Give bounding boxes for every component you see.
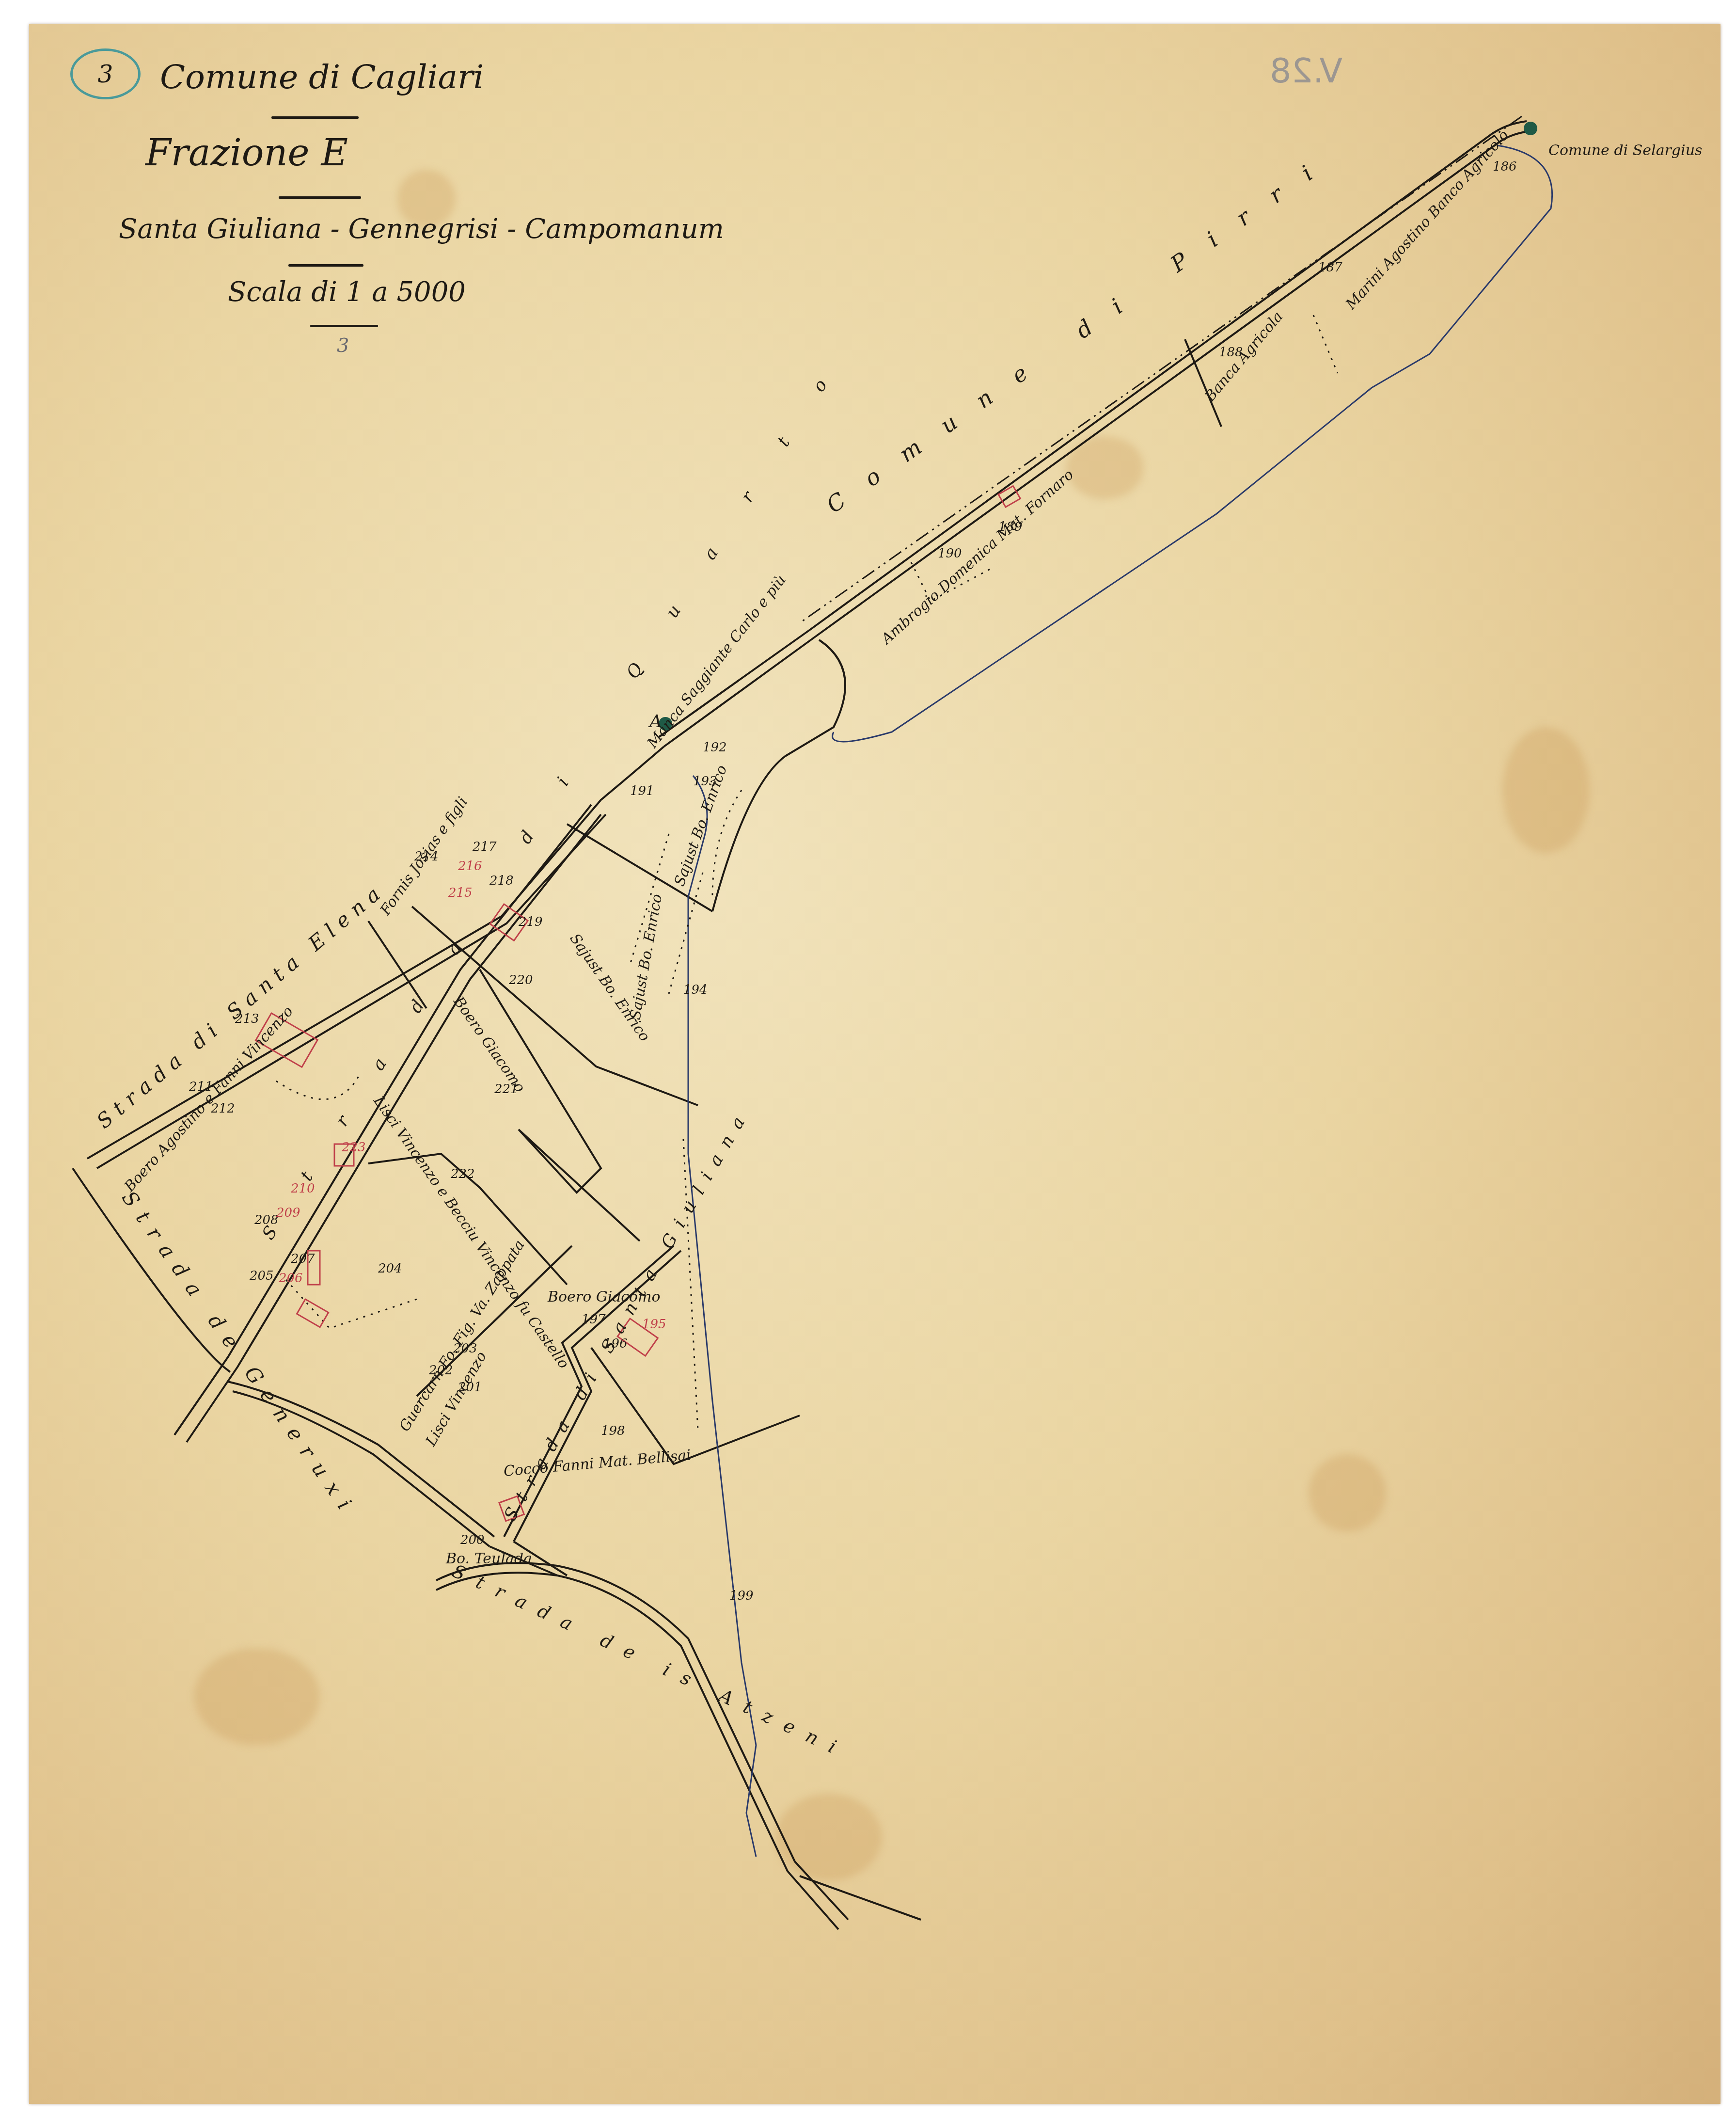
cadastral-map: A Comune di Selargius Comune di Pirri St… [0,0,1736,2116]
road-atzeni-b [436,1573,838,1929]
owner-label: Boero Giacomo [450,993,529,1096]
parcel-number: 195 [642,1317,666,1332]
parcel-number: 204 [378,1261,402,1276]
parcel-boundary-196 [591,1348,800,1464]
parcel-number: 196 [603,1336,628,1351]
dotted-line-207 [286,1280,417,1328]
parcel-number: 194 [683,983,708,997]
owner-label: Manca Saggiante Carlo e più [644,572,789,751]
comune-boundary [800,116,1522,623]
label-comune-selargius: Comune di Selargius [1548,142,1702,159]
parcel-number: 218 [489,874,514,888]
dotted-line-212 [276,1076,359,1099]
parcel-number: 217 [472,840,497,854]
owner-label: Sajust Bo. Enrico [627,893,665,1021]
parcel-number: 216 [458,859,482,874]
parcel-number: 191 [630,784,654,798]
road-generuxi-upper [73,1168,230,1372]
owner-label: Cocco Fanni Mat. Bellisai [503,1447,692,1480]
parcel-number: 219 [518,915,543,929]
survey-marker-icon [1524,122,1537,135]
parcel-number: 207 [290,1252,315,1266]
owner-label: Banca Agricola [1201,308,1287,405]
owner-label: Bo. Teulada [445,1550,532,1567]
parcel-number: 220 [508,973,533,987]
parcel-number: 187 [1318,260,1342,275]
parcel-number: 197 [582,1312,606,1327]
parcel-number: 198 [601,1424,625,1438]
owner-label: Ambrogio Domenica Mat. Fornaro [877,466,1077,649]
parcel-number: 210 [290,1181,315,1196]
parcel-number: 209 [276,1206,300,1220]
label-strada-atzeni: Strada de is Atzeni [449,1560,852,1763]
label-strada-santa-elena: Strada di Santa Elena [92,878,390,1133]
label-strada-generuxi: Strada de Generuxi [117,1187,363,1523]
dotted-line-187 [1313,315,1338,373]
parcel-number: 215 [448,886,473,900]
parcel-number: 186 [1493,159,1517,174]
parcel-number: 208 [254,1213,279,1227]
parcel-number: 200 [460,1533,485,1547]
label-strada-quarto: Strada di Quarto [258,327,863,1243]
parcel-number: 223 [341,1140,366,1155]
parcel-number: 199 [729,1589,754,1603]
parcel-number: 205 [249,1269,274,1283]
parcel-number: 190 [938,546,962,561]
road-atzeni-a [436,1563,848,1920]
parcel-number: 213 [235,1012,259,1026]
building-206 [297,1299,329,1327]
parcel-boundary [712,640,845,911]
owner-label: Boero Giacomo [547,1289,661,1305]
parcel-number: 192 [703,740,727,755]
dotted-line-219 [669,873,703,994]
parcel-number: 206 [278,1271,303,1286]
parcel-number: 222 [450,1167,475,1181]
road-atzeni-fork [800,1876,921,1920]
